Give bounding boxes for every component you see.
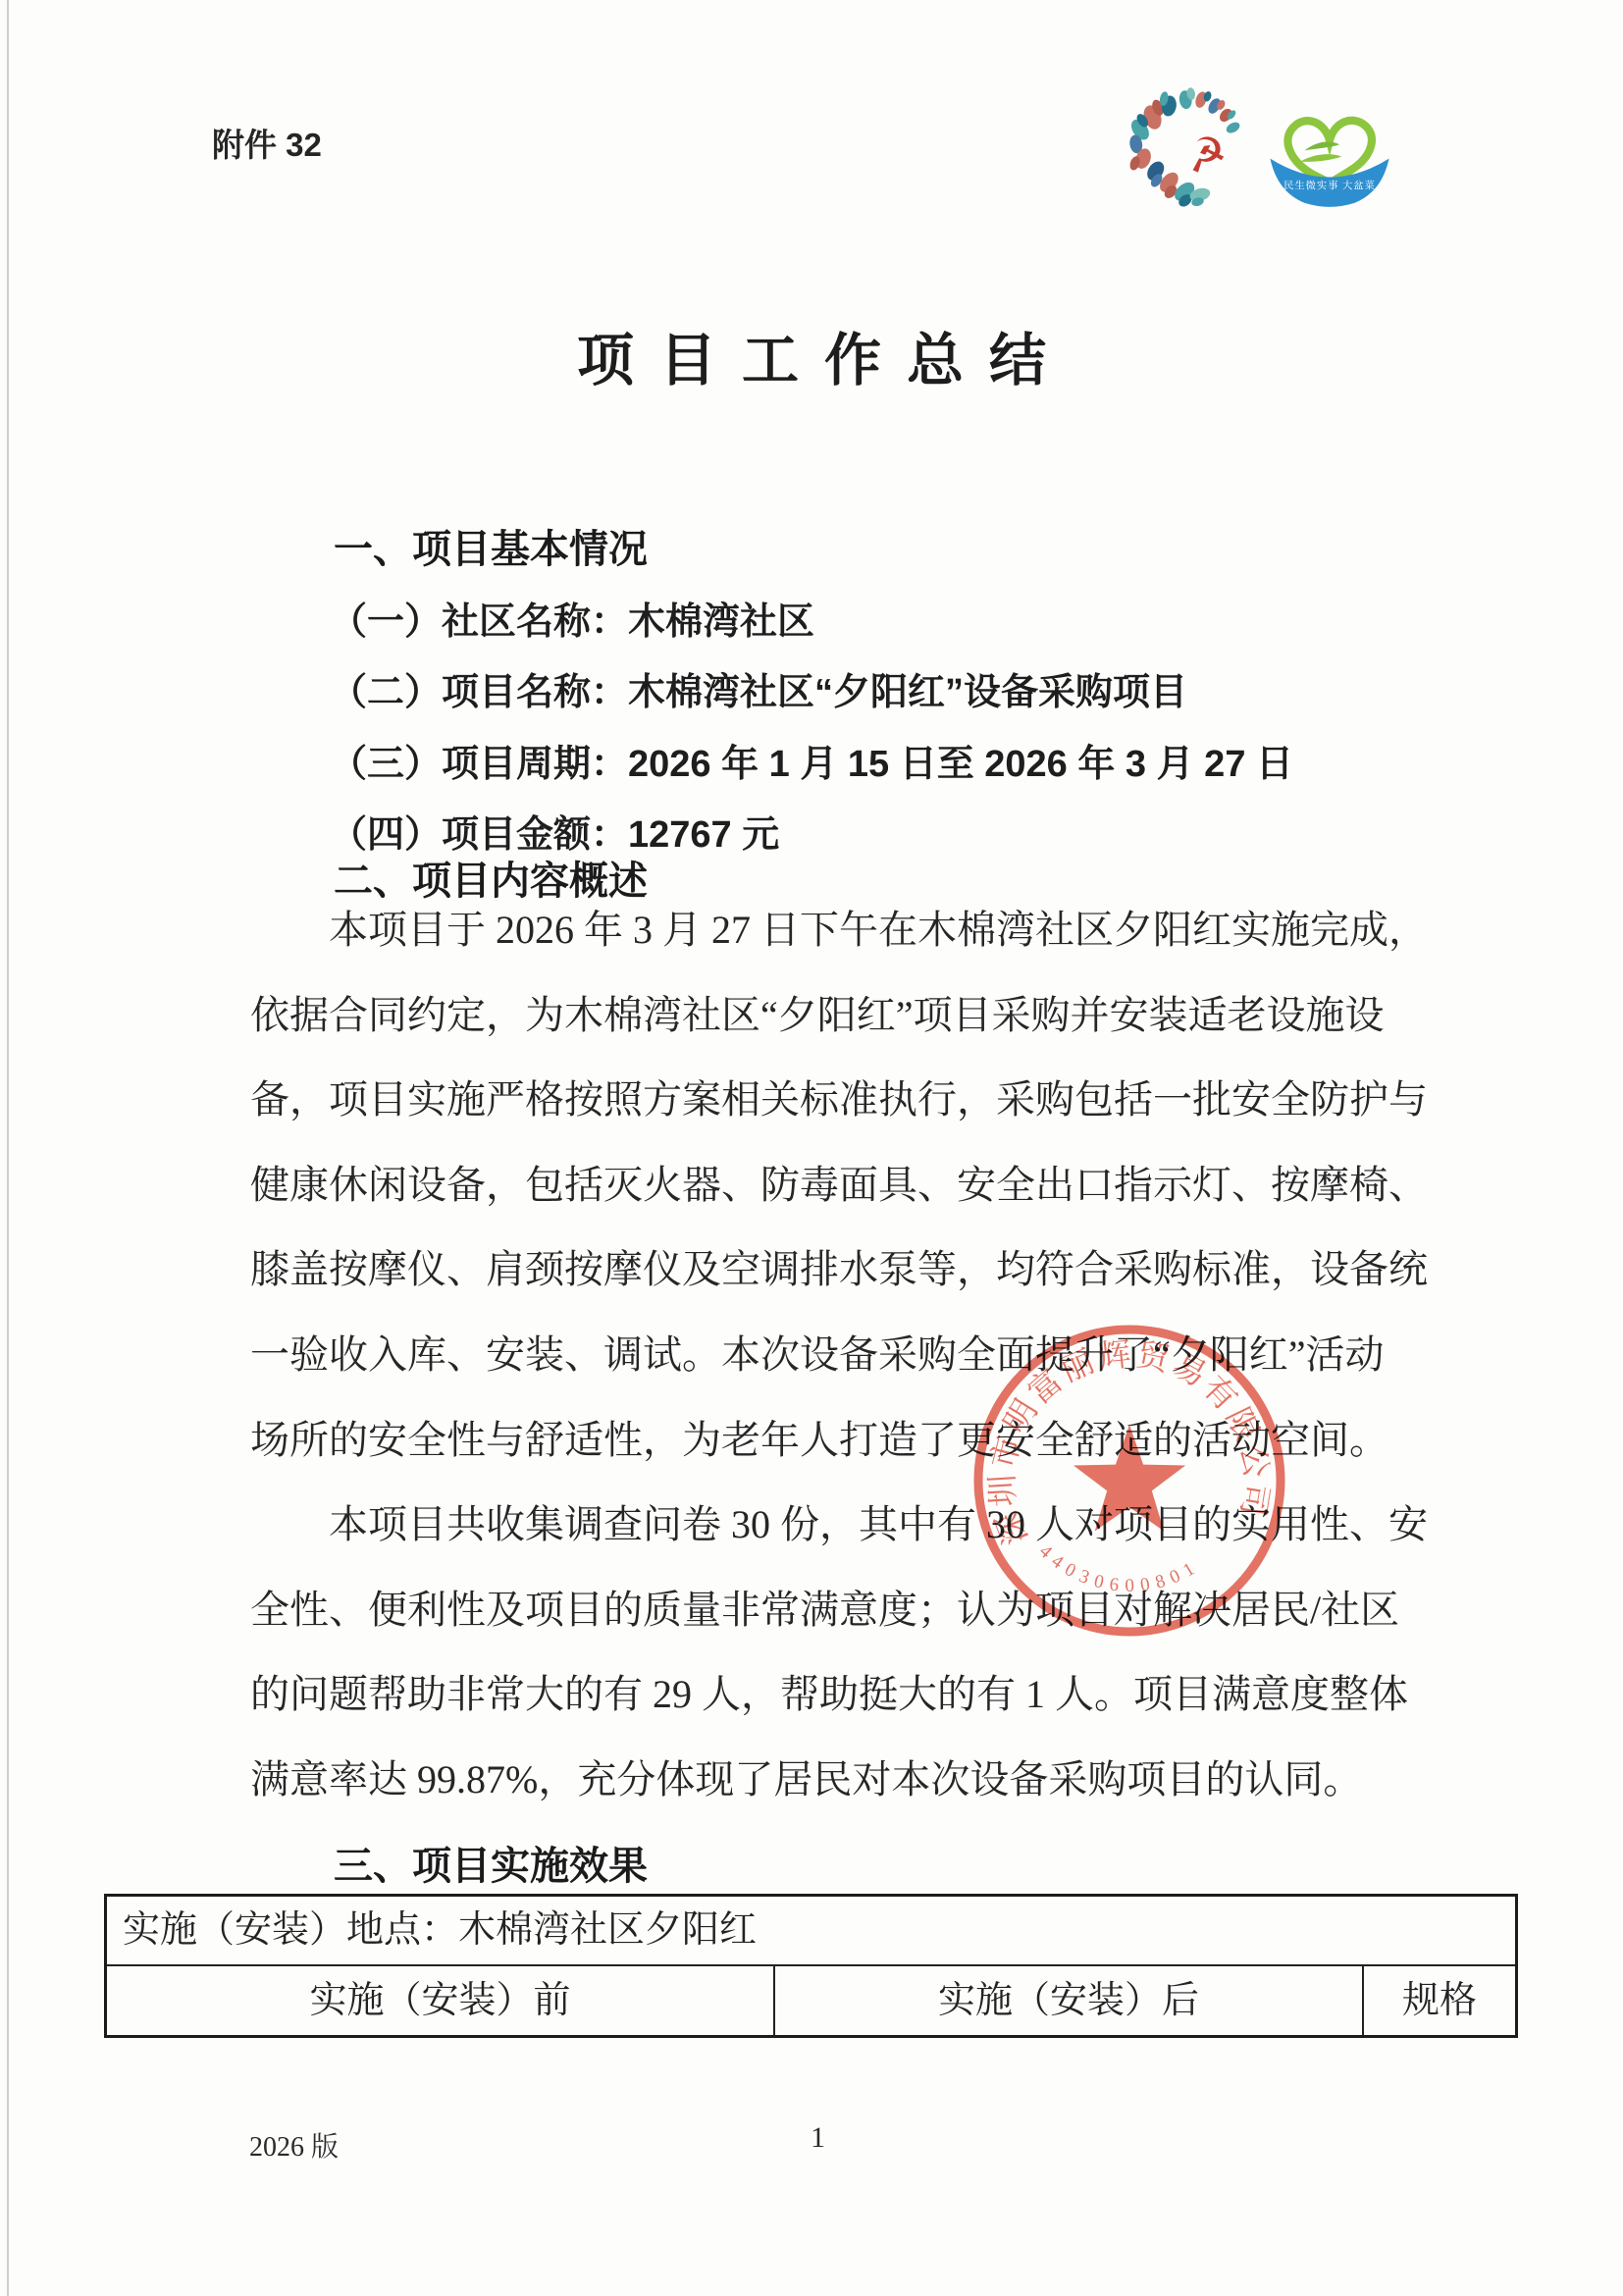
page-title: 项目工作总结: [0, 314, 1623, 396]
paragraph-line: 本项目于 2026 年 3 月 27 日下午在木棉湾社区夕阳红实施完成，: [250, 888, 1384, 973]
implementation-effect-table: 实施（安装）地点：木棉湾社区夕阳红 实施（安装）前 实施（安装）后 规格: [104, 1894, 1518, 2038]
section-3-heading: 三、项目实施效果: [334, 1835, 648, 1891]
paragraph-line: 满意率达 99.87%，充分体现了居民对本次设备采购项目的认同。: [250, 1738, 1384, 1823]
attachment-label: 附件 32: [212, 120, 322, 166]
paragraph-line: 膝盖按摩仪、肩颈按摩仪及空调排水泵等，均符合采购标准，设备统: [250, 1227, 1384, 1313]
paragraph-line: 健康休闲设备，包括灭火器、防毒面具、安全出口指示灯、按摩椅、: [250, 1143, 1384, 1228]
footer-page-number: 1: [811, 2121, 825, 2155]
list-item-project-name: （二）项目名称：木棉湾社区“夕阳红”设备采购项目: [330, 657, 1468, 728]
paragraph-line: 备，项目实施严格按照方案相关标准执行，采购包括一批安全防护与: [250, 1058, 1384, 1143]
list-item-project-period: （三）项目周期：2026 年 1 月 15 日至 2026 年 3 月 27 日: [330, 729, 1468, 800]
document-page: 附件 32 ☭ 民生微实事 大盆菜 项目工作总结 一、项目基本情况: [0, 0, 1623, 2296]
table-header-row: 实施（安装）前 实施（安装）后 规格: [107, 1966, 1515, 2035]
paragraph-line: 依据合同约定，为木棉湾社区“夕阳红”项目采购并安装适老设施设: [250, 973, 1384, 1059]
hammer-sickle-icon: ☭: [1181, 128, 1231, 185]
table-header-before: 实施（安装）前: [107, 1966, 775, 2035]
hands-icon: [1304, 141, 1339, 150]
list-item-community-name: （一）社区名称：木棉湾社区: [330, 587, 1468, 657]
livelihood-heart-bowl-logo-icon: 民生微实事 大盆菜: [1264, 98, 1395, 214]
logo-banner-text: 民生微实事 大盆菜: [1283, 179, 1376, 191]
section-1-heading: 一、项目基本情况: [334, 518, 648, 574]
basic-info-list: （一）社区名称：木棉湾社区 （二）项目名称：木棉湾社区“夕阳红”设备采购项目 （…: [330, 587, 1468, 871]
footer-version-label: 2026 版: [249, 2125, 339, 2165]
table-header-after: 实施（安装）后: [775, 1966, 1364, 2035]
red-company-seal: 深圳市明富丽辉贸易有限公司 44030600801: [966, 1317, 1293, 1644]
table-location-row: 实施（安装）地点：木棉湾社区夕阳红: [107, 1897, 1515, 1966]
table-header-spec: 规格: [1364, 1966, 1515, 2035]
seal-serial-number: 44030600801: [1035, 1541, 1204, 1596]
hands-icon: [1300, 154, 1341, 162]
party-heart-logo-icon: ☭: [1122, 86, 1261, 226]
paragraph-line: 的问题帮助非常大的有 29 人，帮助挺大的有 1 人。项目满意度整体: [250, 1652, 1384, 1738]
seal-star-icon: [1073, 1425, 1185, 1532]
